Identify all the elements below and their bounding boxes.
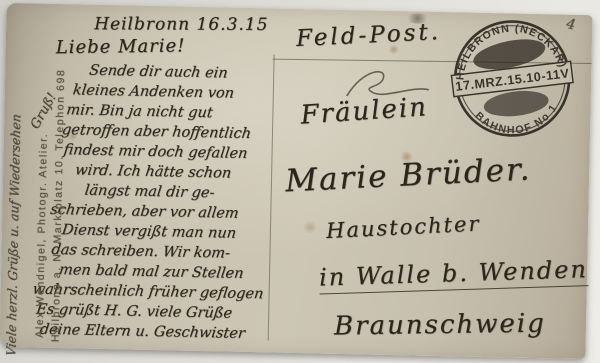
edge-handwritten-note: Viele herzl. Grüße u. auf Wiedersehen (3, 113, 23, 357)
feldpost-label: Feld-Post. (296, 19, 442, 52)
address-line-region: Braunschweig (334, 309, 546, 342)
photo-backdrop: Heilbronn 16.3.15 Liebe Marie! Sende dir… (0, 0, 600, 363)
salutation: Liebe Marie! (56, 35, 186, 58)
dateline: Heilbronn 16.3.15 (94, 14, 268, 35)
message-body: Sende dir auch ein kleines Andenken von … (78, 61, 334, 346)
address-line-place: in Walle b. Wenden (319, 255, 589, 294)
message-side: Heilbronn 16.3.15 Liebe Marie! Sende dir… (7, 3, 593, 15)
address-line-occupation: Haustochter (326, 211, 481, 243)
postmark-stamp: 17.MRZ.15.10-11V HEILBRONN (NECKAR) BAHN… (448, 16, 577, 141)
postcard: Heilbronn 16.3.15 Liebe Marie! Sende dir… (0, 3, 593, 359)
